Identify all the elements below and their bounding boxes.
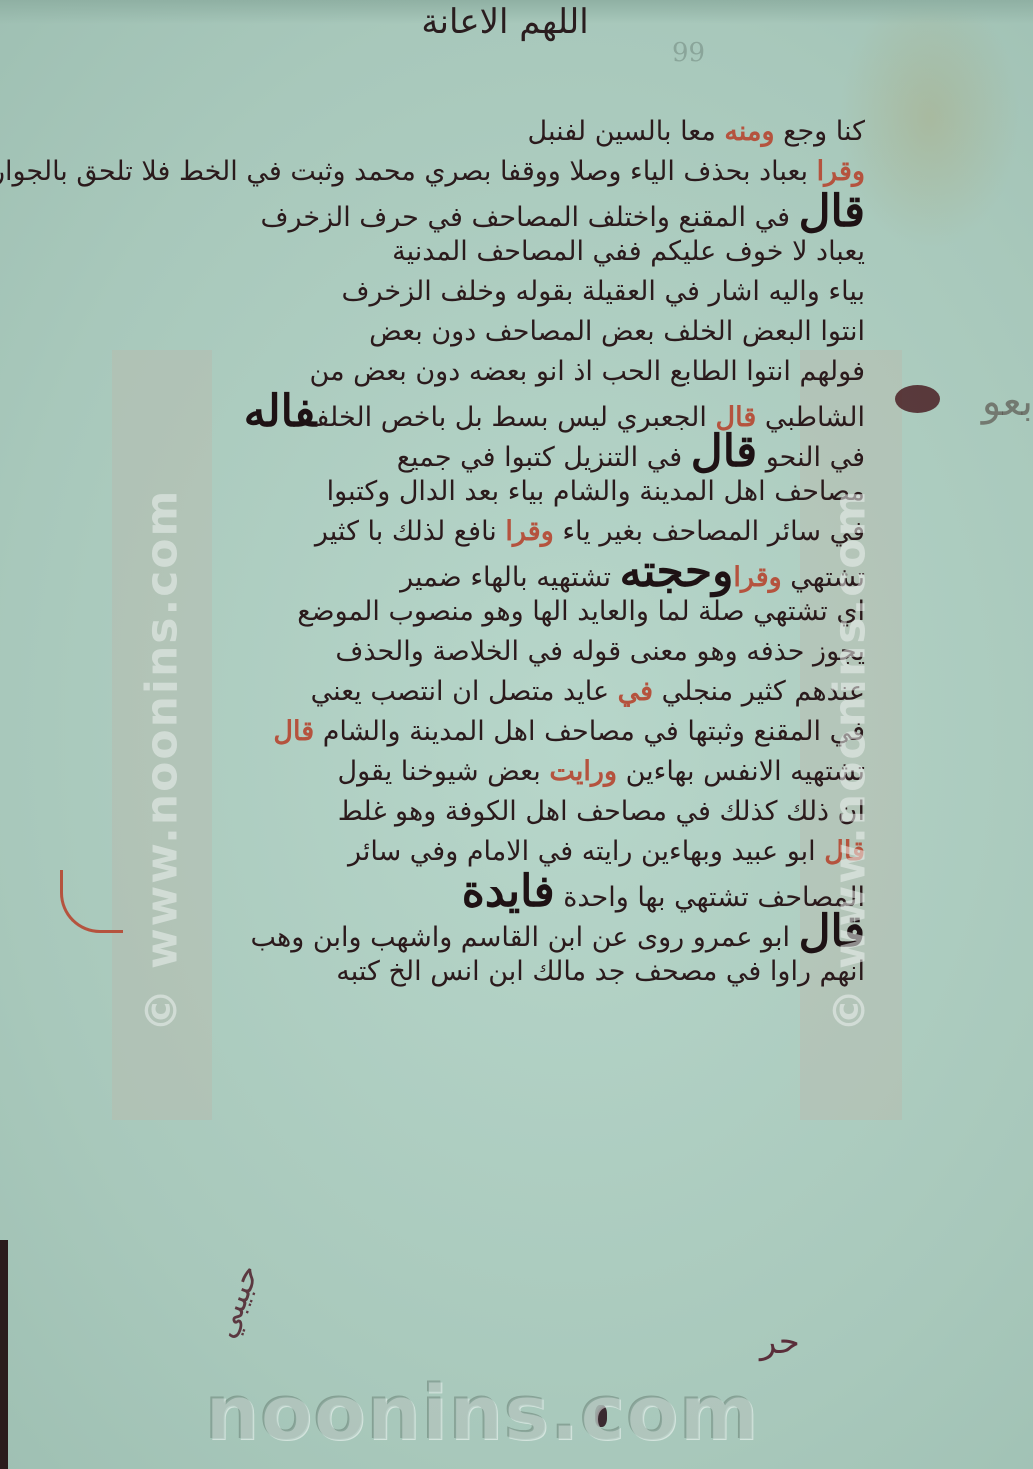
rubric-heading: فاله — [244, 386, 317, 437]
manuscript-line: ان ذلك كذلك في مصاحف اهل الكوفة وهو غلط — [95, 792, 865, 832]
line-text: ابو عبيد وبهاءين رايته في الامام وفي سائ… — [348, 836, 824, 867]
line-text: في التنزيل كتبوا في جميع — [397, 442, 691, 473]
rubric-word: في — [618, 676, 653, 707]
manuscript-text-block: كنا وجع ومنه معا بالسين لفنبلوقرا بعباد … — [95, 112, 865, 992]
manuscript-line: تشتهي وقراوحجته تشتهيه بالهاء ضمير — [95, 552, 865, 592]
line-text: في سائر المصاحف بغير ياء — [554, 516, 865, 547]
rubric-heading: قال — [691, 426, 757, 477]
line-text: بعض شيوخنا يقول — [337, 756, 549, 787]
manuscript-page: اللهم الاعانة 99 كنا وجع ومنه معا بالسين… — [0, 0, 1033, 1469]
footer-mark: حر — [760, 1322, 800, 1362]
manuscript-line: قال ابو عمرو روى عن ابن القاسم واشهب واب… — [95, 912, 865, 952]
line-text: في المقنع واختلف المصاحف في حرف الزخرف — [261, 202, 799, 233]
line-text: انهم راوا في مصحف جد مالك ابن انس الخ كت… — [336, 956, 865, 987]
rubric-word: وقرا — [733, 562, 781, 593]
rubric-word: ومنه — [724, 116, 774, 147]
watermark-vertical-right: © www.noonins.com — [825, 376, 876, 1146]
line-text: ابو عمرو روى عن ابن القاسم واشهب وابن وه… — [251, 922, 799, 953]
line-text: يعباد لا خوف عليكم ففي المصاحف المدنية — [392, 236, 865, 267]
manuscript-line: في المقنع وثبتها في مصاحف اهل المدينة وا… — [95, 712, 865, 752]
manuscript-line: تشتهيه الانفس بهاءين ورايت بعض شيوخنا يق… — [95, 752, 865, 792]
line-text: بياء واليه اشار في العقيلة بقوله وخلف ال… — [342, 276, 865, 307]
manuscript-line: يجوز حذفه وهو معنى قوله في الخلاصة والحذ… — [95, 632, 865, 672]
line-text: فولهم انتوا الطابع الحب اذ انو بعضه دون … — [310, 356, 865, 387]
line-text: نافع لذلك با كثير — [315, 516, 506, 547]
rubric-word: ورايت — [549, 756, 617, 787]
rubric-heading: وحجته — [620, 546, 734, 597]
manuscript-line: بياء واليه اشار في العقيلة بقوله وخلف ال… — [95, 272, 865, 312]
manuscript-line: مصاحف اهل المدينة والشام بياء بعد الدال … — [95, 472, 865, 512]
line-text: الجعبري ليس بسط بل باخص الخلف — [316, 402, 715, 433]
manuscript-line: انتوا البعض الخلف بعض المصاحف دون بعض — [95, 312, 865, 352]
line-text: تشتهيه بالهاء ضمير — [400, 562, 619, 593]
rubric-word: وقرا — [817, 156, 865, 187]
line-text: مصاحف اهل المدينة والشام بياء بعد الدال … — [327, 476, 865, 507]
watermark-vertical-left: © www.noonins.com — [137, 376, 188, 1146]
manuscript-line: يعباد لا خوف عليكم ففي المصاحف المدنية — [95, 232, 865, 272]
manuscript-line: في سائر المصاحف بغير ياء وقرا نافع لذلك … — [95, 512, 865, 552]
binding-edge — [0, 1240, 8, 1469]
header-invocation: اللهم الاعانة — [395, 2, 615, 42]
manuscript-line: اي تشتهي صلة لما والعايد الها وهو منصوب … — [95, 592, 865, 632]
line-text: في المقنع وثبتها في مصاحف اهل المدينة وا… — [314, 716, 865, 747]
rubric-heading: فايدة — [462, 866, 555, 917]
line-text: يجوز حذفه وهو معنى قوله في الخلاصة والحذ… — [335, 636, 865, 667]
manuscript-line: كنا وجع ومنه معا بالسين لفنبل — [95, 112, 865, 152]
line-text: اي تشتهي صلة لما والعايد الها وهو منصوب … — [297, 596, 865, 627]
rubric-heading: قال — [799, 186, 865, 237]
line-text: انتوا البعض الخلف بعض المصاحف دون بعض — [369, 316, 865, 347]
folio-number: 99 — [672, 38, 705, 68]
manuscript-line: وقرا بعباد بحذف الياء وصلا ووقفا بصري مح… — [95, 152, 865, 192]
watermark-bottom: noonins.com — [205, 1368, 759, 1457]
signature: حبيبي — [205, 1259, 267, 1343]
line-text: معا بالسين لفنبل — [528, 116, 725, 147]
line-text: ان ذلك كذلك في مصاحف اهل الكوفة وهو غلط — [338, 796, 865, 827]
line-text: عايد متصل ان انتصب يعني — [311, 676, 618, 707]
manuscript-line: في النحو قال في التنزيل كتبوا في جميع — [95, 432, 865, 472]
manuscript-line: عندهم كثير منجلي في عايد متصل ان انتصب ي… — [95, 672, 865, 712]
margin-note-left-rubric-stroke — [60, 870, 123, 933]
manuscript-line: المصاحف تشتهي بها واحدة فايدة — [95, 872, 865, 912]
line-text: بعباد بحذف الياء وصلا ووقفا بصري محمد وث… — [0, 156, 817, 187]
rubric-word: وقرا — [505, 516, 553, 547]
margin-note-right: بعو — [900, 372, 1033, 532]
line-text: كنا وجع — [775, 116, 866, 147]
manuscript-line: انهم راوا في مصحف جد مالك ابن انس الخ كت… — [95, 952, 865, 992]
manuscript-line: فولهم انتوا الطابع الحب اذ انو بعضه دون … — [95, 352, 865, 392]
manuscript-line: قال في المقنع واختلف المصاحف في حرف الزخ… — [95, 192, 865, 232]
rubric-word: قال — [273, 716, 314, 747]
